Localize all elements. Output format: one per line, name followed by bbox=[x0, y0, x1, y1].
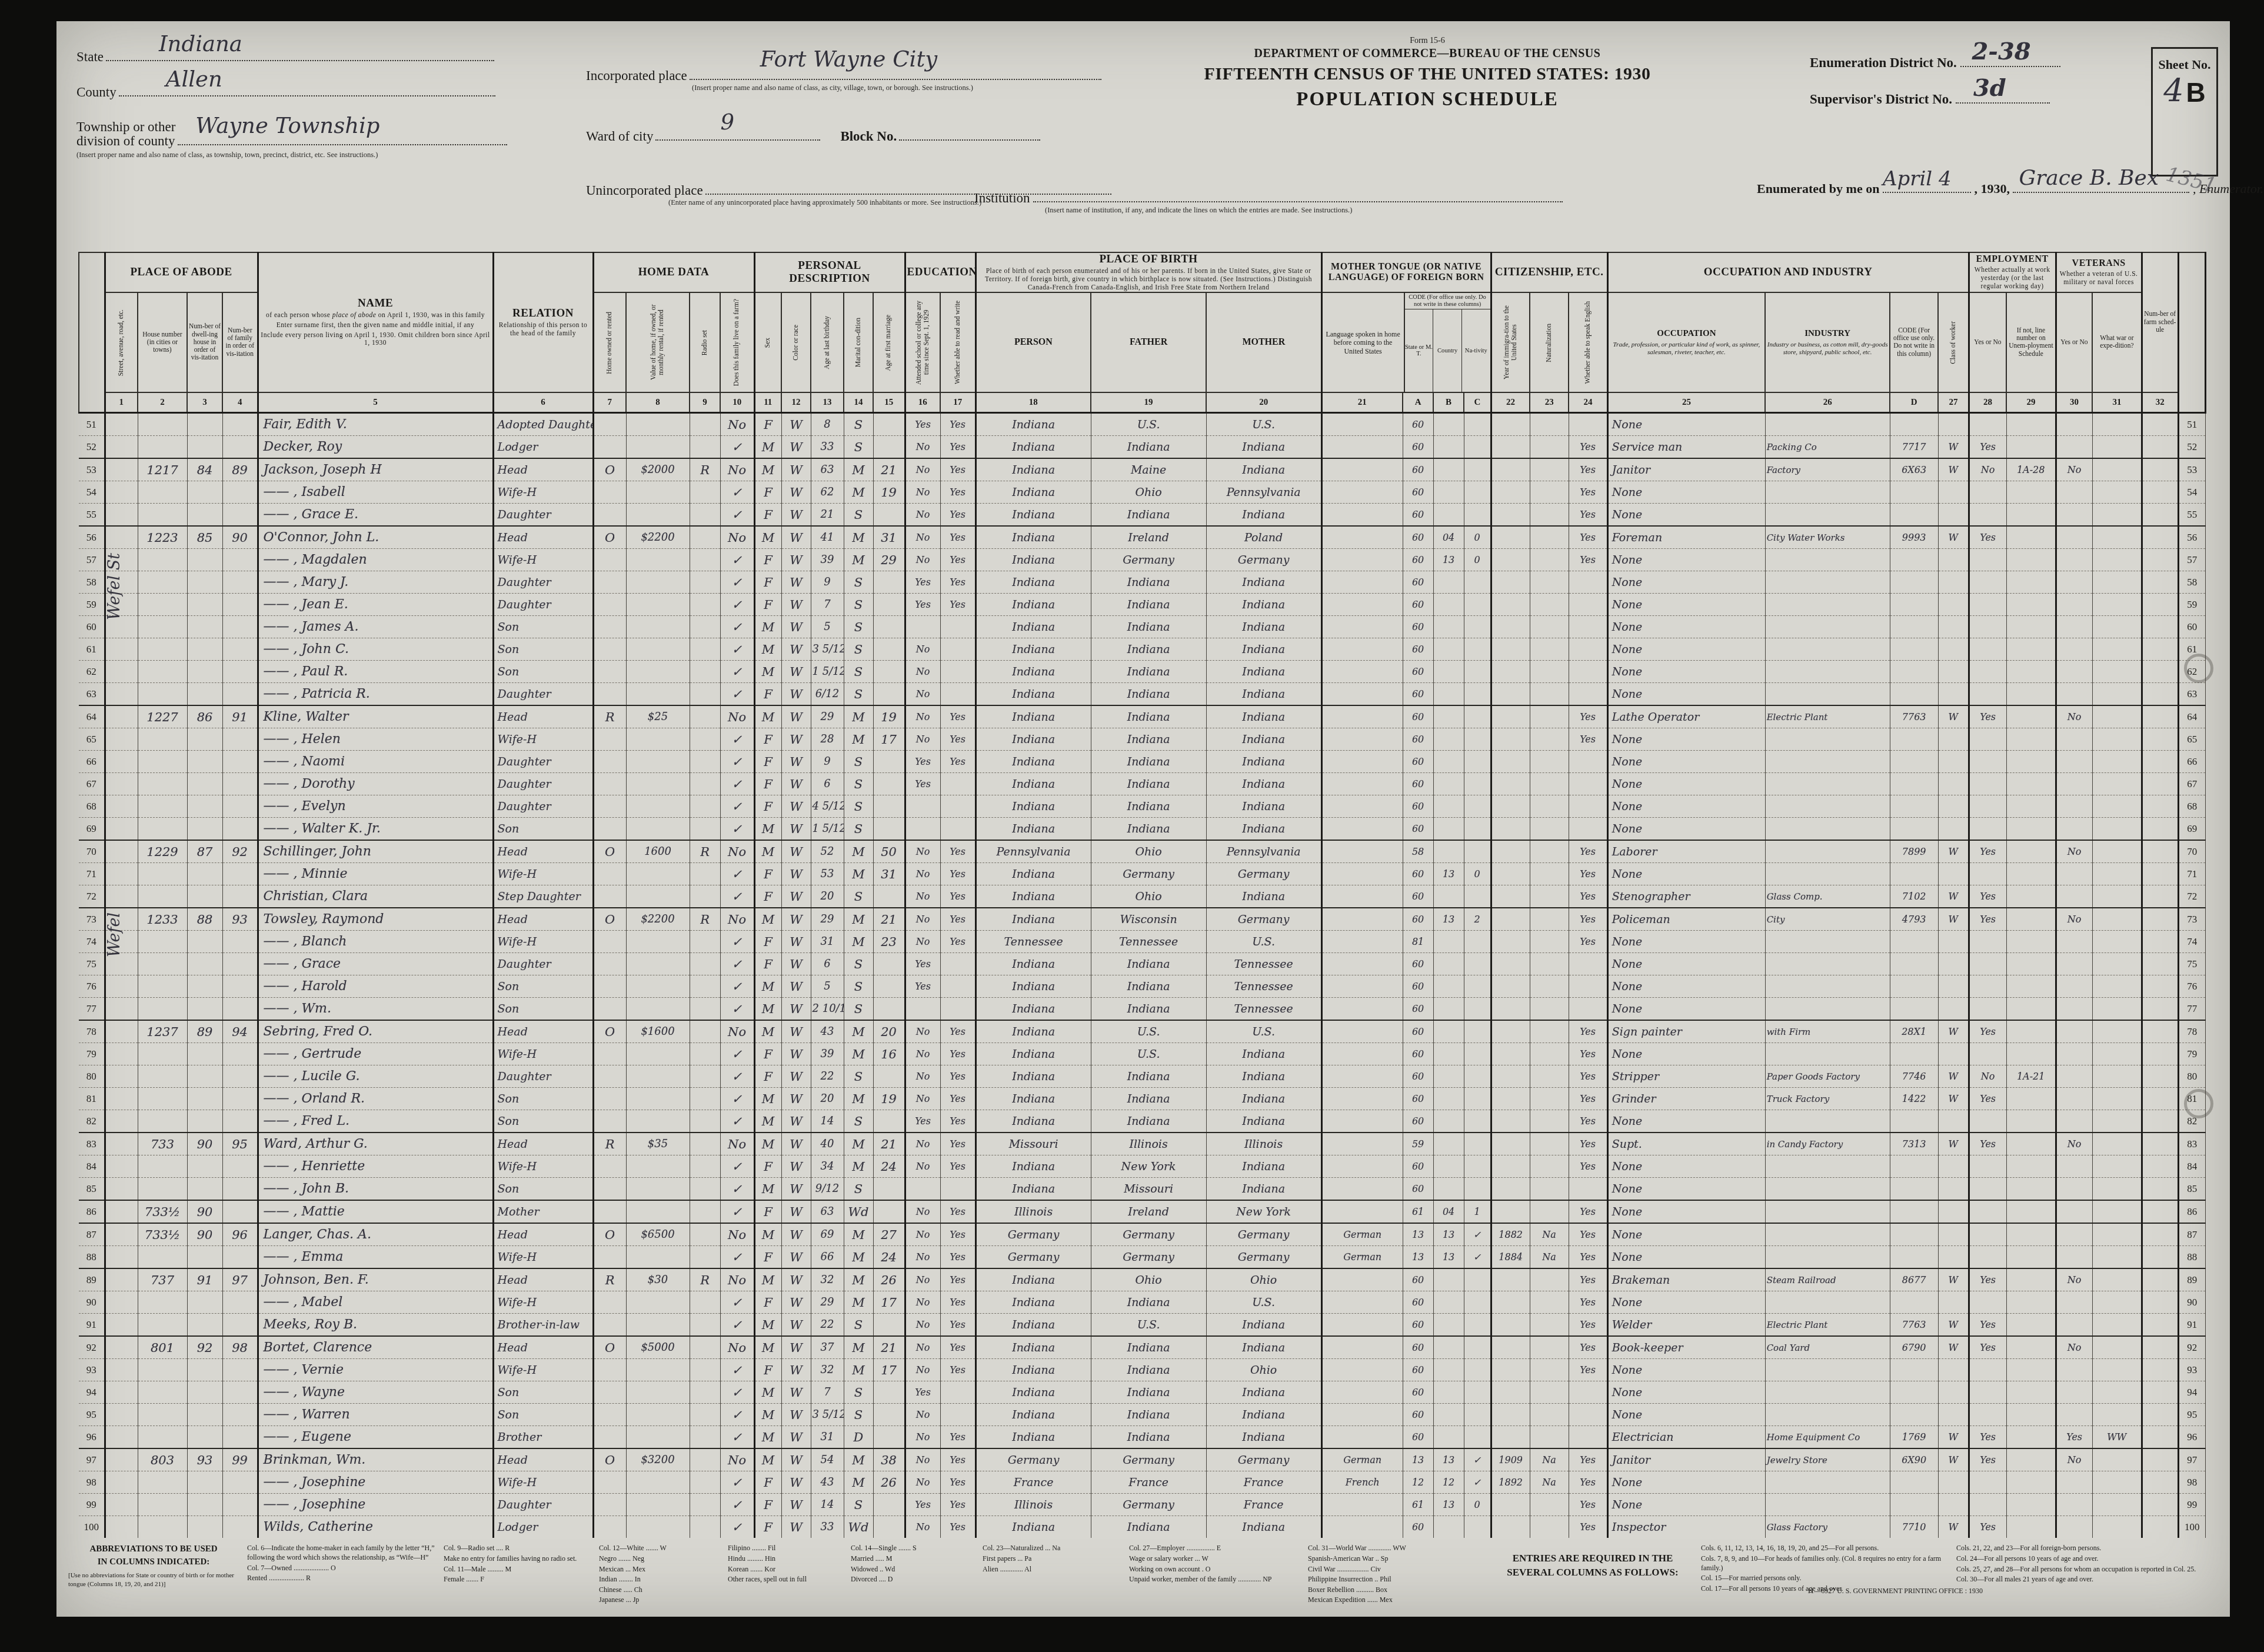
cell-age_married bbox=[873, 413, 905, 436]
cell-age: 5 bbox=[811, 975, 844, 998]
cell-code_d: 7763 bbox=[1890, 1314, 1938, 1337]
cell-veteran bbox=[2056, 526, 2092, 549]
cell-industry bbox=[1765, 1043, 1890, 1065]
cell-marital: S bbox=[844, 1381, 873, 1404]
group-mother-tongue: MOTHER TONGUE (OR NATIVE LANGUAGE) OF FO… bbox=[1321, 252, 1491, 292]
cell-family: 90 bbox=[222, 526, 258, 549]
cell-school: Yes bbox=[905, 1110, 940, 1133]
table-row: 59—— , Jean E.Daughter✓FW7SYesYesIndiana… bbox=[79, 594, 2205, 616]
cell-occupation: None bbox=[1607, 998, 1765, 1021]
line-number-right: 91 bbox=[2178, 1314, 2205, 1337]
cell-language bbox=[1321, 953, 1403, 975]
cell-radio bbox=[690, 953, 720, 975]
cell-school: Yes bbox=[905, 773, 940, 795]
cell-relation: Son bbox=[493, 998, 593, 1021]
cell-code_b bbox=[1433, 413, 1464, 436]
incorporated-label: Incorporated place bbox=[586, 68, 687, 83]
cell-code_b bbox=[1433, 1516, 1464, 1538]
cell-name: Schillinger, John bbox=[258, 840, 493, 863]
cell-radio bbox=[690, 1065, 720, 1088]
cell-relation: Son bbox=[493, 818, 593, 841]
col-farm: Does this family live on a farm? bbox=[720, 292, 754, 392]
cell-value bbox=[626, 638, 690, 661]
cell-immigration bbox=[1491, 1494, 1530, 1516]
cell-relation: Head bbox=[493, 705, 593, 728]
cell-radio: R bbox=[690, 908, 720, 931]
enumeration-district-field: Enumeration District No. 2-38 bbox=[1810, 55, 2139, 71]
cell-marital: S bbox=[844, 795, 873, 818]
cell-family: 93 bbox=[222, 908, 258, 931]
cell-english: Yes bbox=[1569, 1448, 1607, 1471]
cell-farm: No bbox=[720, 1336, 754, 1359]
cell-mother_birthplace: Indiana bbox=[1206, 436, 1321, 459]
cell-value bbox=[626, 1065, 690, 1088]
cell-farm_schedule bbox=[2142, 1110, 2178, 1133]
cell-age: 14 bbox=[811, 1110, 844, 1133]
cell-farm: ✓ bbox=[720, 504, 754, 527]
cell-house: 1229 bbox=[138, 840, 187, 863]
cell-read_write: Yes bbox=[940, 481, 975, 504]
cell-language bbox=[1321, 1268, 1403, 1291]
cell-marital: M bbox=[844, 549, 873, 571]
cell-war bbox=[2092, 526, 2142, 549]
cell-farm: ✓ bbox=[720, 571, 754, 594]
cell-veteran bbox=[2056, 931, 2092, 953]
cell-father_birthplace: Indiana bbox=[1091, 1336, 1206, 1359]
cell-school: Yes bbox=[905, 594, 940, 616]
cell-birthplace: Indiana bbox=[975, 773, 1091, 795]
cell-race: W bbox=[781, 1426, 811, 1449]
line-number-right: 94 bbox=[2178, 1381, 2205, 1404]
cell-name: Sebring, Fred O. bbox=[258, 1020, 493, 1043]
cell-naturalization bbox=[1530, 998, 1569, 1021]
cell-sex: M bbox=[754, 1133, 781, 1155]
cell-mother_birthplace: France bbox=[1206, 1471, 1321, 1494]
table-row: 98—— , JosephineWife-H✓FW43M26NoYesFranc… bbox=[79, 1471, 2205, 1494]
cell-unemployment_line bbox=[2006, 616, 2056, 638]
group-place-of-birth: PLACE OF BIRTH Place of birth of each pe… bbox=[975, 252, 1321, 292]
cell-street bbox=[105, 1043, 138, 1065]
cell-veteran bbox=[2056, 975, 2092, 998]
enumerator-name: Grace B. Bex bbox=[2019, 166, 2159, 190]
cell-code_a: 60 bbox=[1403, 504, 1433, 527]
cell-dwelling bbox=[187, 931, 222, 953]
cell-class bbox=[1938, 413, 1969, 436]
cell-unemployment_line bbox=[2006, 436, 2056, 459]
cell-farm_schedule bbox=[2142, 1065, 2178, 1088]
cell-farm_schedule bbox=[2142, 594, 2178, 616]
cell-code_a: 81 bbox=[1403, 931, 1433, 953]
cell-age: 3 5/12 bbox=[811, 1404, 844, 1426]
cell-race: W bbox=[781, 728, 811, 751]
cell-read_write: Yes bbox=[940, 1065, 975, 1088]
cell-father_birthplace: New York bbox=[1091, 1155, 1206, 1178]
footer-line: Unpaid worker, member of the family ....… bbox=[1129, 1575, 1300, 1584]
cell-school: No bbox=[905, 1448, 940, 1471]
cell-code_c: ✓ bbox=[1464, 1246, 1491, 1269]
cell-farm_schedule bbox=[2142, 1200, 2178, 1223]
cell-immigration bbox=[1491, 1133, 1530, 1155]
cell-age_married: 31 bbox=[873, 526, 905, 549]
cell-industry: in Candy Factory bbox=[1765, 1133, 1890, 1155]
line-number-left: 96 bbox=[79, 1426, 105, 1449]
cell-industry bbox=[1765, 998, 1890, 1021]
cell-code_d: 4793 bbox=[1890, 908, 1938, 931]
line-number-right: 95 bbox=[2178, 1404, 2205, 1426]
cell-worked: No bbox=[1969, 1065, 2006, 1088]
cell-owned bbox=[593, 975, 626, 998]
cell-code_c bbox=[1464, 1291, 1491, 1314]
cell-relation: Head bbox=[493, 1133, 593, 1155]
cell-birthplace: Indiana bbox=[975, 1516, 1091, 1538]
cell-class bbox=[1938, 998, 1969, 1021]
cell-code_c bbox=[1464, 481, 1491, 504]
cell-english: Yes bbox=[1569, 840, 1607, 863]
column-number: 22 bbox=[1491, 392, 1530, 413]
cell-read_write: Yes bbox=[940, 1314, 975, 1337]
cell-unemployment_line bbox=[2006, 1178, 2056, 1201]
cell-language bbox=[1321, 998, 1403, 1021]
cell-sex: F bbox=[754, 594, 781, 616]
cell-occupation: None bbox=[1607, 953, 1765, 975]
cell-mother_birthplace: Indiana bbox=[1206, 1065, 1321, 1088]
col-occupation-code: CODE (For office use only. Do not write … bbox=[1890, 292, 1938, 392]
table-row: 67—— , DorothyDaughter✓FW6SYesIndianaInd… bbox=[79, 773, 2205, 795]
cell-age: 53 bbox=[811, 863, 844, 885]
cell-immigration bbox=[1491, 661, 1530, 683]
cell-relation: Wife-H bbox=[493, 549, 593, 571]
cell-veteran bbox=[2056, 863, 2092, 885]
table-row: 897379197Johnson, Ben. F.HeadR$30RNoMW32… bbox=[79, 1268, 2205, 1291]
cell-relation: Head bbox=[493, 908, 593, 931]
cell-read_write: Yes bbox=[940, 549, 975, 571]
cell-radio bbox=[690, 773, 720, 795]
column-number: 19 bbox=[1091, 392, 1206, 413]
cell-owned: R bbox=[593, 1133, 626, 1155]
cell-war bbox=[2092, 1494, 2142, 1516]
cell-name: Fair, Edith V. bbox=[258, 413, 493, 436]
cell-race: W bbox=[781, 458, 811, 481]
column-number: C bbox=[1464, 392, 1491, 413]
cell-school: No bbox=[905, 1516, 940, 1538]
cell-farm_schedule bbox=[2142, 953, 2178, 975]
cell-war bbox=[2092, 1268, 2142, 1291]
cell-code_d bbox=[1890, 1200, 1938, 1223]
cell-family bbox=[222, 1291, 258, 1314]
schedule-title: POPULATION SCHEDULE bbox=[1057, 89, 1798, 111]
cell-marital: Wd bbox=[844, 1200, 873, 1223]
cell-name: —— , Paul R. bbox=[258, 661, 493, 683]
cell-relation: Lodger bbox=[493, 1516, 593, 1538]
footer-line: Col. 6—Indicate the home-maker in each f… bbox=[247, 1544, 435, 1562]
cell-worked bbox=[1969, 931, 2006, 953]
cell-race: W bbox=[781, 751, 811, 773]
cell-code_a: 60 bbox=[1403, 1088, 1433, 1110]
cell-naturalization bbox=[1530, 1336, 1569, 1359]
cell-farm_schedule bbox=[2142, 458, 2178, 481]
cell-industry bbox=[1765, 773, 1890, 795]
cell-family bbox=[222, 436, 258, 459]
cell-father_birthplace: Ohio bbox=[1091, 481, 1206, 504]
column-number: 14 bbox=[844, 392, 873, 413]
cell-race: W bbox=[781, 953, 811, 975]
col-immigration-year: Year of immigra-tion to the United State… bbox=[1491, 292, 1530, 392]
cell-street bbox=[105, 436, 138, 459]
cell-worked bbox=[1969, 795, 2006, 818]
cell-radio bbox=[690, 683, 720, 706]
cell-family bbox=[222, 1516, 258, 1538]
cell-father_birthplace: Indiana bbox=[1091, 728, 1206, 751]
cell-code_d bbox=[1890, 863, 1938, 885]
enumeration-district-value: 2-38 bbox=[1972, 38, 2031, 65]
cell-dwelling bbox=[187, 1155, 222, 1178]
cell-veteran: No bbox=[2056, 705, 2092, 728]
cell-mother_birthplace: Indiana bbox=[1206, 1426, 1321, 1449]
cell-worked bbox=[1969, 549, 2006, 571]
cell-farm_schedule bbox=[2142, 436, 2178, 459]
cell-age_married bbox=[873, 773, 905, 795]
cell-class bbox=[1938, 818, 1969, 841]
cell-house bbox=[138, 683, 187, 706]
cell-war bbox=[2092, 751, 2142, 773]
cell-unemployment_line bbox=[2006, 1359, 2056, 1381]
cell-code_a: 60 bbox=[1403, 1043, 1433, 1065]
cell-birthplace: Indiana bbox=[975, 818, 1091, 841]
cell-code_a: 60 bbox=[1403, 1426, 1433, 1449]
cell-father_birthplace: Indiana bbox=[1091, 436, 1206, 459]
cell-farm_schedule bbox=[2142, 728, 2178, 751]
cell-dwelling bbox=[187, 413, 222, 436]
line-number-left: 99 bbox=[79, 1494, 105, 1516]
cell-english: Yes bbox=[1569, 481, 1607, 504]
cell-relation: Wife-H bbox=[493, 1246, 593, 1269]
cell-war bbox=[2092, 1381, 2142, 1404]
cell-english: Yes bbox=[1569, 1155, 1607, 1178]
cell-immigration bbox=[1491, 1336, 1530, 1359]
cell-birthplace: Indiana bbox=[975, 616, 1091, 638]
cell-age_married bbox=[873, 1314, 905, 1337]
cell-family: 92 bbox=[222, 840, 258, 863]
cell-age_married: 50 bbox=[873, 840, 905, 863]
cell-name: —— , Mattie bbox=[258, 1200, 493, 1223]
cell-value bbox=[626, 594, 690, 616]
cell-age_married bbox=[873, 795, 905, 818]
cell-age: 52 bbox=[811, 840, 844, 863]
cell-worked: Yes bbox=[1969, 840, 2006, 863]
scanned-census-page: State Indiana County Allen Township or o… bbox=[0, 0, 2264, 1652]
cell-occupation: None bbox=[1607, 1494, 1765, 1516]
cell-class bbox=[1938, 1246, 1969, 1269]
cell-code_b bbox=[1433, 795, 1464, 818]
cell-war bbox=[2092, 638, 2142, 661]
cell-value bbox=[626, 1043, 690, 1065]
cell-age_married bbox=[873, 1381, 905, 1404]
cell-immigration bbox=[1491, 1110, 1530, 1133]
cell-code_d: 6790 bbox=[1890, 1336, 1938, 1359]
cell-code_b bbox=[1433, 638, 1464, 661]
cell-house bbox=[138, 975, 187, 998]
cell-industry bbox=[1765, 795, 1890, 818]
cell-read_write bbox=[940, 953, 975, 975]
cell-birthplace: Indiana bbox=[975, 436, 1091, 459]
cell-family: 96 bbox=[222, 1223, 258, 1246]
cell-radio bbox=[690, 1291, 720, 1314]
cell-war bbox=[2092, 773, 2142, 795]
cell-marital: M bbox=[844, 1448, 873, 1471]
cell-occupation: Policeman bbox=[1607, 908, 1765, 931]
col-veteran: Yes or No bbox=[2056, 292, 2092, 392]
cell-code_c: ✓ bbox=[1464, 1448, 1491, 1471]
cell-english: Yes bbox=[1569, 1200, 1607, 1223]
column-number: 23 bbox=[1530, 392, 1569, 413]
cell-age: 43 bbox=[811, 1471, 844, 1494]
hole-punch bbox=[2184, 1089, 2213, 1118]
col-war: What war or expe-dition? bbox=[2092, 292, 2142, 392]
cell-sex: M bbox=[754, 1426, 781, 1449]
cell-war bbox=[2092, 481, 2142, 504]
cell-value bbox=[626, 481, 690, 504]
cell-family bbox=[222, 773, 258, 795]
col-unemployment-line: If not, line number on Unem-ployment Sch… bbox=[2006, 292, 2056, 392]
line-number-right: 87 bbox=[2178, 1223, 2205, 1246]
cell-name: —— , Wayne bbox=[258, 1381, 493, 1404]
cell-radio bbox=[690, 795, 720, 818]
cell-code_c bbox=[1464, 504, 1491, 527]
cell-code_b bbox=[1433, 931, 1464, 953]
cell-house bbox=[138, 1178, 187, 1201]
cell-code_d bbox=[1890, 1359, 1938, 1381]
cell-code_a: 60 bbox=[1403, 1110, 1433, 1133]
cell-street bbox=[105, 1065, 138, 1088]
cell-age_married bbox=[873, 638, 905, 661]
cell-code_c bbox=[1464, 1043, 1491, 1065]
cell-code_a: 59 bbox=[1403, 1133, 1433, 1155]
cell-immigration bbox=[1491, 458, 1530, 481]
cell-language bbox=[1321, 1381, 1403, 1404]
cell-english bbox=[1569, 1381, 1607, 1404]
cell-father_birthplace: Indiana bbox=[1091, 504, 1206, 527]
cell-class bbox=[1938, 638, 1969, 661]
cell-code_a: 60 bbox=[1403, 795, 1433, 818]
cell-race: W bbox=[781, 1448, 811, 1471]
cell-marital: S bbox=[844, 1178, 873, 1201]
cell-code_b bbox=[1433, 504, 1464, 527]
col-school: Attended school or college any time sinc… bbox=[905, 292, 940, 392]
cell-code_c bbox=[1464, 413, 1491, 436]
line-number-left: 76 bbox=[79, 975, 105, 998]
cell-industry: Electric Plant bbox=[1765, 705, 1890, 728]
cell-industry bbox=[1765, 1291, 1890, 1314]
cell-father_birthplace: Indiana bbox=[1091, 683, 1206, 706]
cell-industry bbox=[1765, 571, 1890, 594]
cell-english bbox=[1569, 616, 1607, 638]
cell-farm: No bbox=[720, 526, 754, 549]
cell-industry bbox=[1765, 840, 1890, 863]
cell-industry bbox=[1765, 1246, 1890, 1269]
line-number-left: 84 bbox=[79, 1155, 105, 1178]
cell-mother_birthplace: Indiana bbox=[1206, 795, 1321, 818]
cell-code_a: 13 bbox=[1403, 1223, 1433, 1246]
cell-house bbox=[138, 1494, 187, 1516]
cell-race: W bbox=[781, 1155, 811, 1178]
cell-owned bbox=[593, 1178, 626, 1201]
block-label: Block No. bbox=[840, 129, 897, 144]
cell-class bbox=[1938, 1155, 1969, 1178]
cell-owned bbox=[593, 863, 626, 885]
cell-school bbox=[905, 818, 940, 841]
cell-worked bbox=[1969, 661, 2006, 683]
line-number-left: 85 bbox=[79, 1178, 105, 1201]
cell-unemployment_line bbox=[2006, 1200, 2056, 1223]
cell-industry bbox=[1765, 594, 1890, 616]
cell-relation: Daughter bbox=[493, 1494, 593, 1516]
cell-veteran bbox=[2056, 998, 2092, 1021]
line-number-right: 98 bbox=[2178, 1471, 2205, 1494]
cell-value bbox=[626, 683, 690, 706]
cell-owned bbox=[593, 931, 626, 953]
cell-age_married bbox=[873, 953, 905, 975]
cell-code_c bbox=[1464, 1426, 1491, 1449]
cell-language bbox=[1321, 1291, 1403, 1314]
cell-value bbox=[626, 549, 690, 571]
cell-english: Yes bbox=[1569, 863, 1607, 885]
cell-immigration bbox=[1491, 616, 1530, 638]
cell-dwelling: 90 bbox=[187, 1223, 222, 1246]
cell-mother_birthplace: Tennessee bbox=[1206, 953, 1321, 975]
cell-war bbox=[2092, 705, 2142, 728]
cell-house bbox=[138, 1110, 187, 1133]
cell-school: No bbox=[905, 638, 940, 661]
abbreviation-block: Col. 6—Indicate the home-maker in each f… bbox=[247, 1544, 435, 1584]
footer-line: Hindu ......... Hin bbox=[728, 1554, 843, 1564]
cell-race: W bbox=[781, 638, 811, 661]
cell-code_c: 0 bbox=[1464, 526, 1491, 549]
cell-mother_birthplace: Indiana bbox=[1206, 705, 1321, 728]
cell-naturalization bbox=[1530, 1314, 1569, 1337]
cell-immigration bbox=[1491, 1426, 1530, 1449]
cell-farm_schedule bbox=[2142, 1494, 2178, 1516]
cell-father_birthplace: Indiana bbox=[1091, 818, 1206, 841]
cell-birthplace: Indiana bbox=[975, 571, 1091, 594]
cell-veteran: No bbox=[2056, 1268, 2092, 1291]
cell-immigration bbox=[1491, 549, 1530, 571]
cell-language bbox=[1321, 549, 1403, 571]
cell-marital: S bbox=[844, 436, 873, 459]
cell-street bbox=[105, 1426, 138, 1449]
cell-farm: No bbox=[720, 1133, 754, 1155]
cell-read_write bbox=[940, 818, 975, 841]
cell-code_a: 13 bbox=[1403, 1246, 1433, 1269]
cell-birthplace: Indiana bbox=[975, 1088, 1091, 1110]
cell-age: 2 10/12 bbox=[811, 998, 844, 1021]
line-number-right: 93 bbox=[2178, 1359, 2205, 1381]
cell-marital: S bbox=[844, 975, 873, 998]
cell-radio bbox=[690, 728, 720, 751]
cell-war bbox=[2092, 1359, 2142, 1381]
district-fields: Enumeration District No. 2-38 Supervisor… bbox=[1810, 55, 2139, 128]
cell-age_married bbox=[873, 1200, 905, 1223]
cell-occupation: None bbox=[1607, 481, 1765, 504]
cell-relation: Wife-H bbox=[493, 1155, 593, 1178]
cell-father_birthplace: Indiana bbox=[1091, 1404, 1206, 1426]
cell-father_birthplace: Indiana bbox=[1091, 705, 1206, 728]
cell-occupation: None bbox=[1607, 638, 1765, 661]
cell-unemployment_line bbox=[2006, 661, 2056, 683]
cell-mother_birthplace: Indiana bbox=[1206, 1110, 1321, 1133]
cell-house bbox=[138, 728, 187, 751]
cell-street bbox=[105, 1020, 138, 1043]
line-number-left: 53 bbox=[79, 458, 105, 481]
